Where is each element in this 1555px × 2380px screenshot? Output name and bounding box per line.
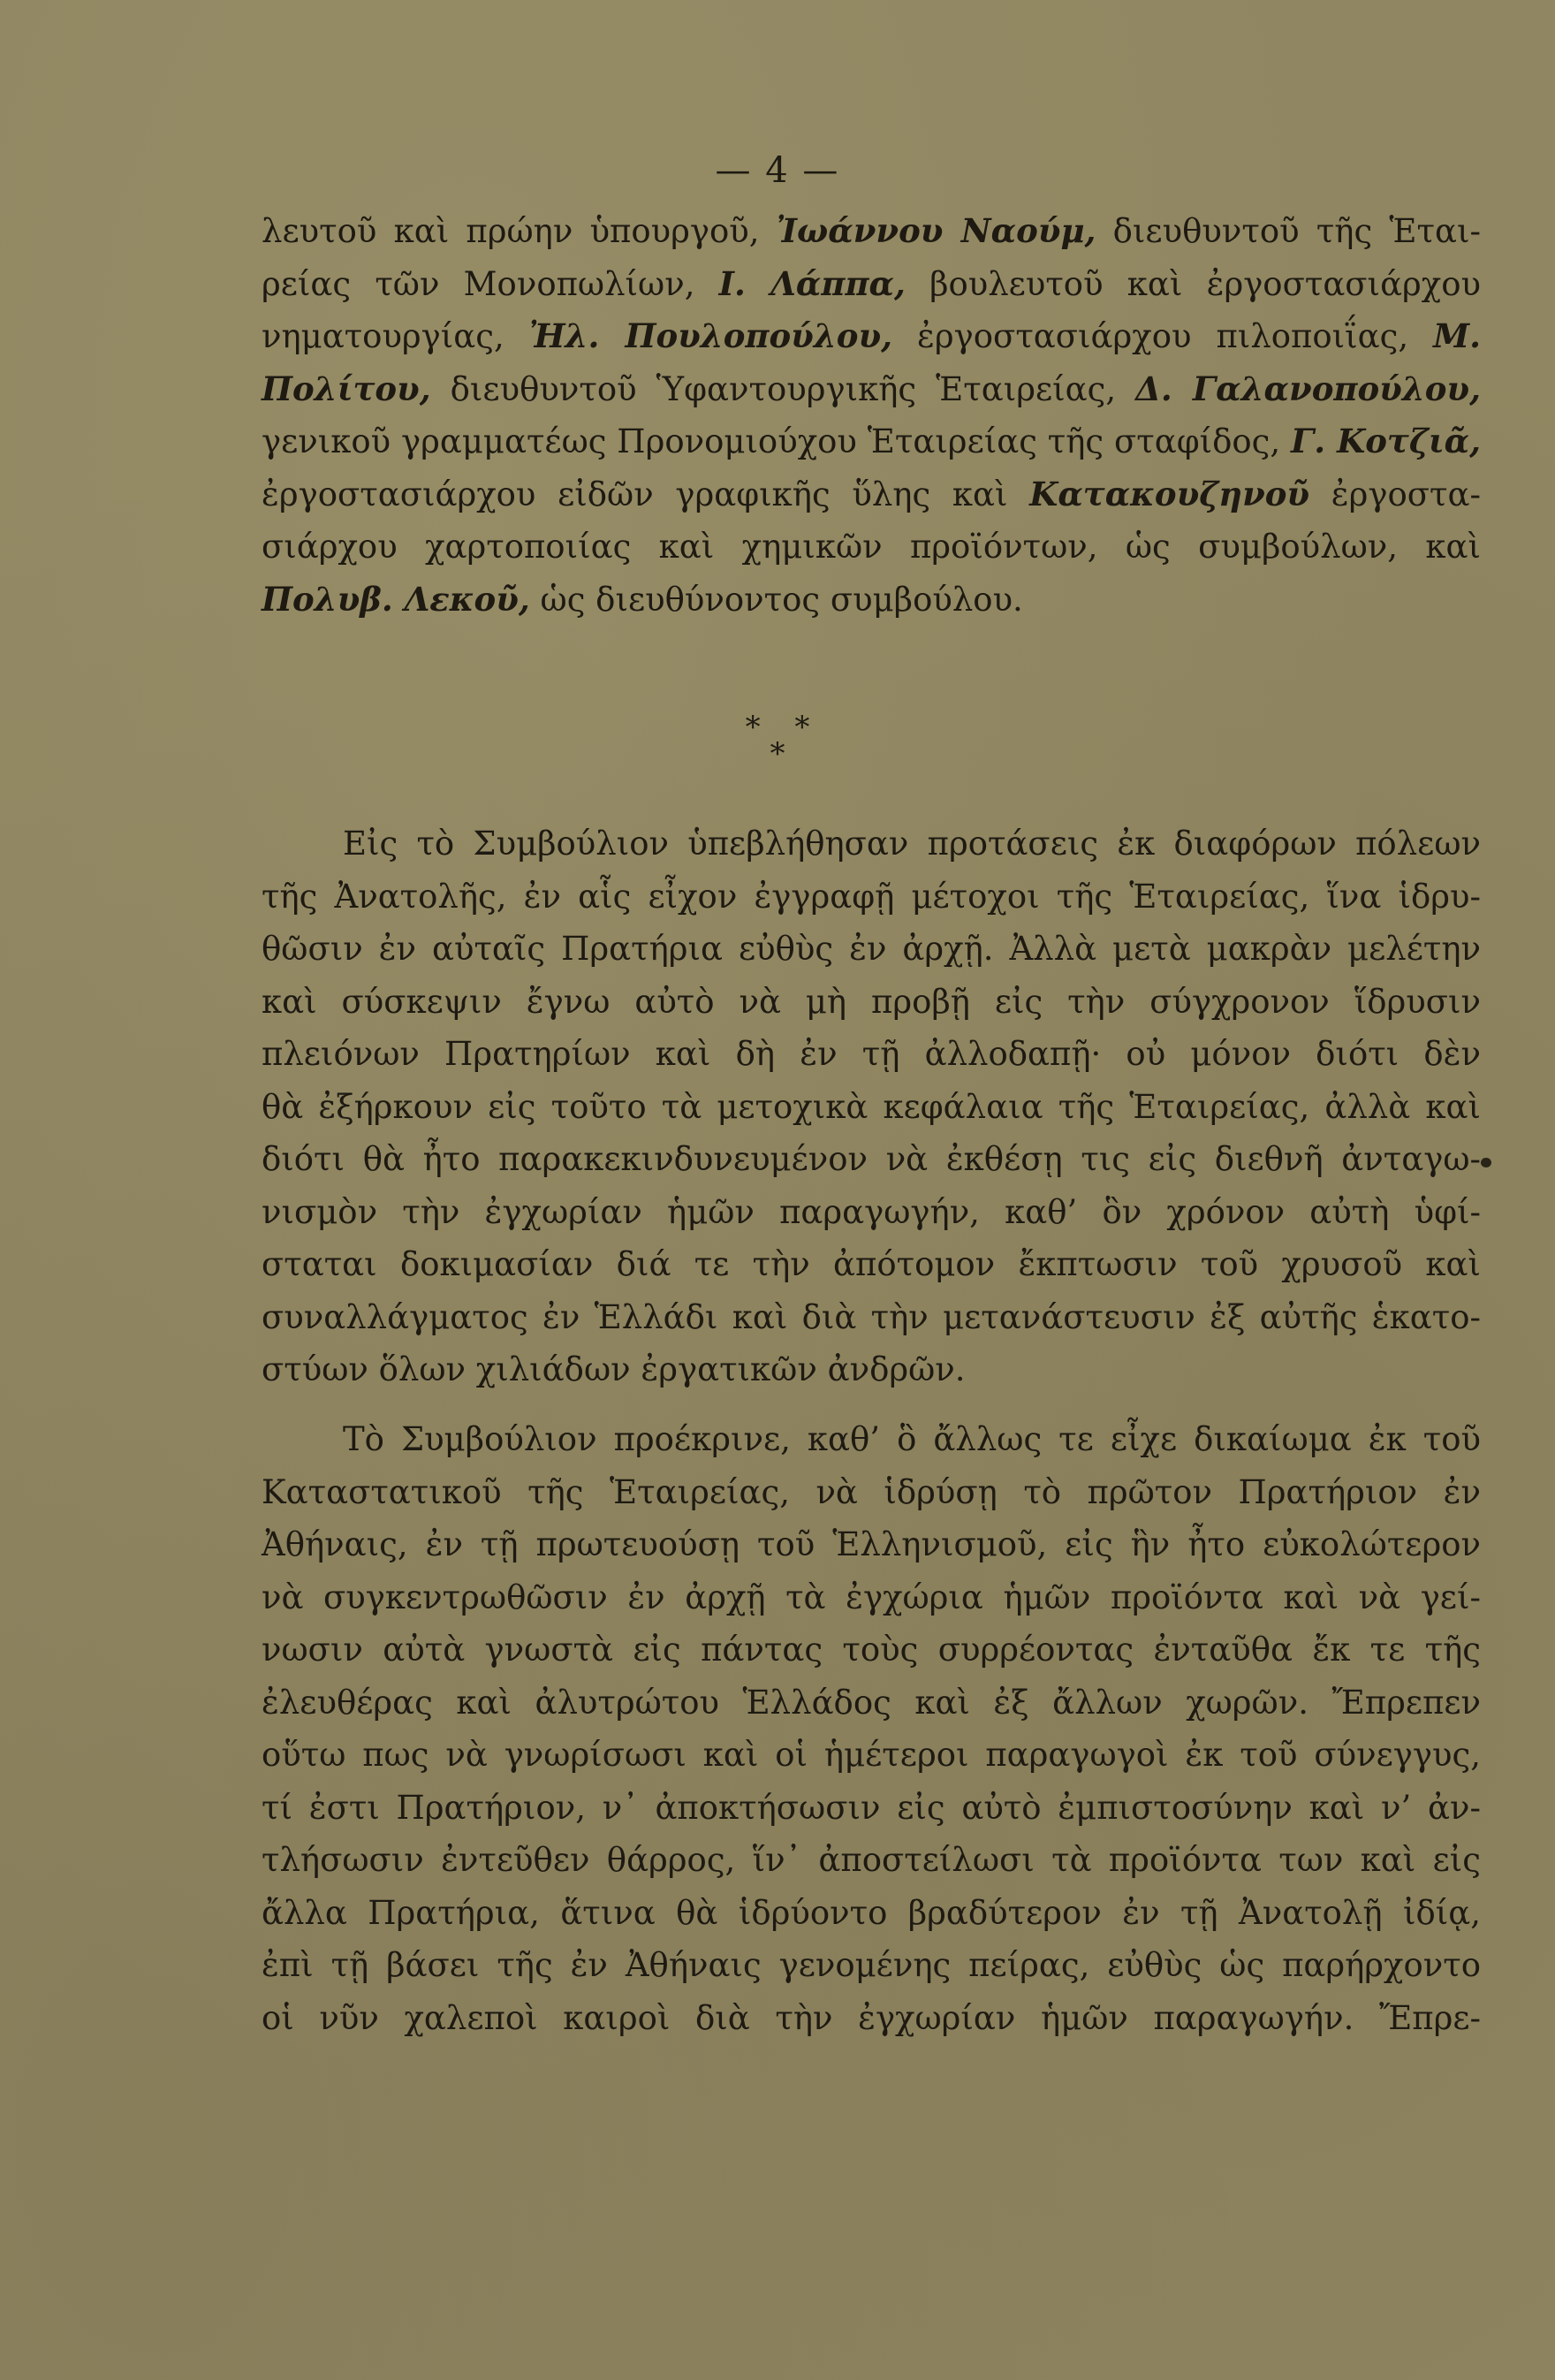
text-line: θὰ ἐξήρκουν εἰς τοῦτο τὰ μετοχικὰ κεφάλα… (262, 1081, 1481, 1134)
text-run: ἐργοστασιάρχου εἰδῶν γραφικῆς ὕλης καὶ (262, 475, 1029, 513)
text-run: διευθυντοῦ τῆς Ἑται- (1096, 212, 1481, 250)
name-bold: Κατακουζηνοῦ (1029, 475, 1309, 513)
text-run: διευθυντοῦ Ὑφαντουργικῆς Ἑταιρείας, (431, 370, 1136, 408)
text-run: νηματουργίας, (262, 317, 529, 355)
scanned-page: — 4 — λευτοῦ καὶ πρώην ὑπουργοῦ, Ἰωάννου… (0, 0, 1555, 2380)
text-line: οἱ νῦν χαλεποὶ καιροὶ διὰ τὴν ἐγχωρίαν ἡ… (262, 1992, 1481, 2045)
text-line: Πολυβ. Λεκοῦ, ὡς διευθύνοντος συμβούλου. (262, 574, 1481, 627)
text-line: νωσιν αὐτὰ γνωστὰ εἰς πάντας τοὺς συρρέο… (262, 1623, 1481, 1677)
text-line: ἐργοστασιάρχου εἰδῶν γραφικῆς ὕλης καὶ Κ… (262, 468, 1481, 521)
text-run: ρείας τῶν Μονοπωλίων, (262, 265, 719, 303)
text-line: ἐπὶ τῇ βάσει τῆς ἐν Ἀθήναις γενομένης πε… (262, 1939, 1481, 1992)
text-line: στύων ὅλων χιλιάδων ἐργατικῶν ἀνδρῶν. (262, 1343, 1481, 1396)
paragraph-athens-store: Τὸ Συμβούλιον προέκρινε, καθ’ ὃ ἄλλως τε… (262, 1413, 1481, 2044)
name-bold: Μ. (1433, 316, 1481, 355)
text-line: πλειόνων Πρατηρίων καὶ δὴ ἐν τῇ ἀλλοδαπῇ… (262, 1028, 1481, 1081)
text-run: ἐργοστασιάρχου πιλοποιΐας, (892, 317, 1433, 355)
text-line: συναλλάγματος ἐν Ἑλλάδι καὶ διὰ τὴν μετα… (262, 1291, 1481, 1344)
name-bold: Ἰωάννου Ναούμ, (777, 211, 1096, 250)
text-run: ἐργοστα- (1309, 475, 1481, 513)
name-bold: Ι. Λάππα, (719, 264, 906, 303)
text-line: σιάρχου χαρτοποιίας καὶ χημικῶν προϊόντω… (262, 521, 1481, 574)
text-line: Καταστατικοῦ τῆς Ἑταιρείας, νὰ ἱδρύσῃ τὸ… (262, 1466, 1481, 1519)
text-line: τῆς Ἀνατολῆς, ἐν αἷς εἶχον ἐγγραφῇ μέτοχ… (262, 871, 1481, 924)
text-run: γενικοῦ γραμματέως Προνομιούχου Ἑταιρεία… (262, 422, 1291, 460)
text-line: ρείας τῶν Μονοπωλίων, Ι. Λάππα, βουλευτο… (262, 258, 1481, 311)
asterisk-row: * (0, 741, 1555, 767)
text-line: Τὸ Συμβούλιον προέκρινε, καθ’ ὃ ἄλλως τε… (262, 1413, 1481, 1466)
text-line: ἐλευθέρας καὶ ἀλυτρώτου Ἑλλάδος καὶ ἐξ ἄ… (262, 1677, 1481, 1730)
text-line: λευτοῦ καὶ πρώην ὑπουργοῦ, Ἰωάννου Ναούμ… (262, 205, 1481, 258)
text-line: νισμὸν τὴν ἐγχωρίαν ἡμῶν παραγωγήν, καθ’… (262, 1186, 1481, 1239)
ink-spot-mark (1481, 1158, 1491, 1167)
text-line: καὶ σύσκεψιν ἔγνω αὐτὸ νὰ μὴ προβῇ εἰς τ… (262, 976, 1481, 1029)
text-line: τλήσωσιν ἐντεῦθεν θάρρος, ἵν᾽ ἀποστείλωσ… (262, 1834, 1481, 1887)
text-line: Ἀθήναις, ἐν τῇ πρωτευούσῃ τοῦ Ἑλληνισμοῦ… (262, 1518, 1481, 1571)
text-line: τί ἐστι Πρατήριον, ν᾽ ἀποκτήσωσιν εἰς αὐ… (262, 1782, 1481, 1835)
paragraph-board-members: λευτοῦ καὶ πρώην ὑπουργοῦ, Ἰωάννου Ναούμ… (262, 205, 1481, 626)
text-run: λευτοῦ καὶ πρώην ὑπουργοῦ, (262, 212, 777, 250)
text-line: Εἰς τὸ Συμβούλιον ὑπεβλήθησαν προτάσεις … (262, 817, 1481, 871)
text-line: νηματουργίας, Ἠλ. Πουλοπούλου, ἐργοστασι… (262, 310, 1481, 363)
text-line: γενικοῦ γραμματέως Προνομιούχου Ἑταιρεία… (262, 415, 1481, 468)
text-line: Πολίτου, διευθυντοῦ Ὑφαντουργικῆς Ἑταιρε… (262, 363, 1481, 416)
text-line: σταται δοκιμασίαν διά τε τὴν ἀπότομον ἔκ… (262, 1238, 1481, 1291)
section-separator-asterism: * * * (0, 714, 1555, 767)
text-line: διότι θὰ ἦτο παρακεκινδυνευμένον νὰ ἐκθέ… (262, 1133, 1481, 1186)
name-bold: Πολυβ. Λεκοῦ, (262, 580, 530, 619)
text-line: νὰ συγκεντρωθῶσιν ἐν ἀρχῇ τὰ ἐγχώρια ἡμῶ… (262, 1571, 1481, 1624)
text-line: ἄλλα Πρατήρια, ἅτινα θὰ ἱδρύοντο βραδύτε… (262, 1887, 1481, 1940)
name-bold: Ἠλ. Πουλοπούλου, (529, 316, 892, 355)
text-run: βουλευτοῦ καὶ ἐργοστασιάρχου (906, 265, 1481, 303)
name-bold: Πολίτου, (262, 369, 431, 408)
paragraph-proposals: Εἰς τὸ Συμβούλιον ὑπεβλήθησαν προτάσεις … (262, 817, 1481, 1396)
text-run: σιάρχου χαρτοποιίας καὶ χημικῶν προϊόντω… (262, 528, 1481, 566)
name-bold: Γ. Κοτζιᾶ, (1291, 422, 1481, 460)
text-line: οὕτω πως νὰ γνωρίσωσι καὶ οἱ ἡμέτεροι πα… (262, 1729, 1481, 1782)
page-number: — 4 — (0, 150, 1555, 191)
text-run: ὡς διευθύνοντος συμβούλου. (530, 581, 1023, 619)
name-bold: Δ. Γαλανοπούλου, (1135, 369, 1481, 408)
text-line: θῶσιν ἐν αὐταῖς Πρατήρια εὐθὺς ἐν ἀρχῇ. … (262, 923, 1481, 976)
